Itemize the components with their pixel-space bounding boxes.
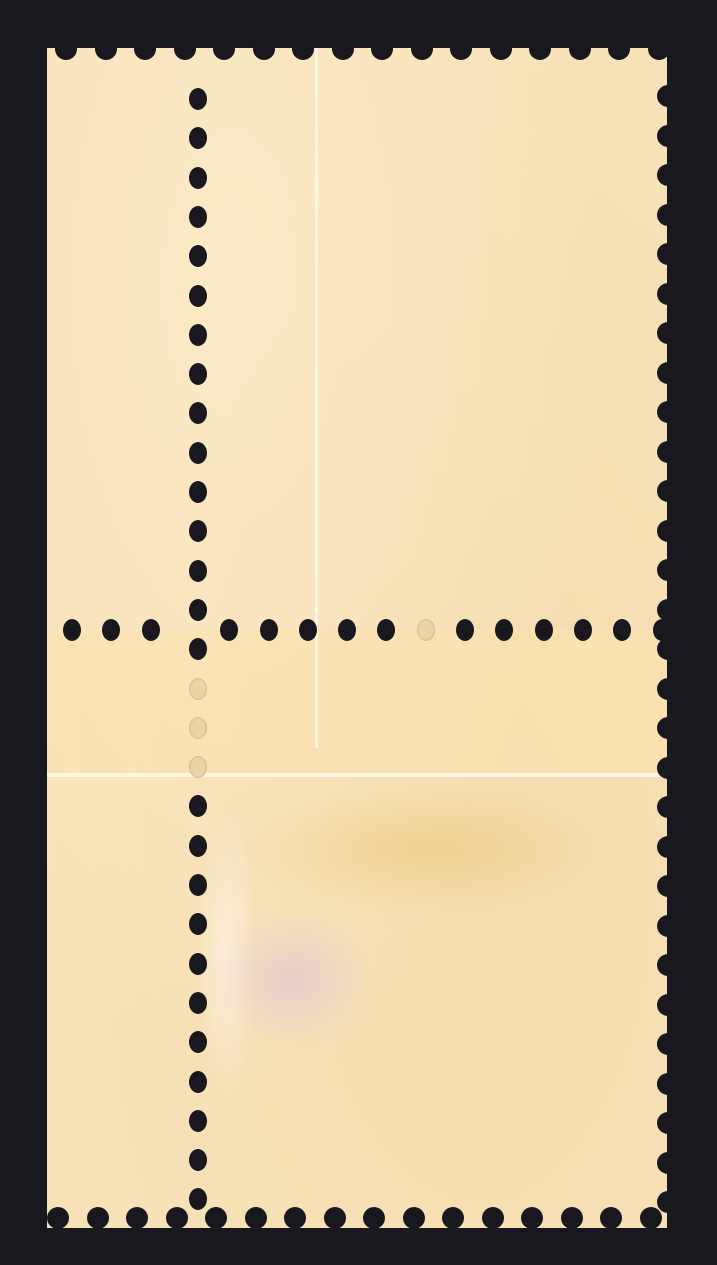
perforation-hole (189, 874, 207, 896)
perforation-edge-right (657, 875, 679, 897)
perforation-edge-bottom (482, 1207, 504, 1229)
perforation-edge-right (657, 362, 679, 384)
perforation-hole (535, 619, 553, 641)
perforation-hole (189, 835, 207, 857)
perforation-edge-bottom (126, 1207, 148, 1229)
perforation-edge-right (657, 1033, 679, 1055)
perforation-edge-top (134, 38, 156, 60)
perforation-hole (189, 481, 207, 503)
perforation-hole (189, 1110, 207, 1132)
perforation-edge-right (657, 322, 679, 344)
perforation-edge-top (411, 38, 433, 60)
perforation-hole (189, 953, 207, 975)
perforation-hole (189, 206, 207, 228)
perforation-edge-bottom (284, 1207, 306, 1229)
perforation-edge-right (657, 638, 679, 660)
perforation-edge-bottom (324, 1207, 346, 1229)
perforation-edge-top (292, 38, 314, 60)
toning-stain (237, 783, 617, 913)
perforation-edge-bottom (442, 1207, 464, 1229)
perforation-edge-bottom (363, 1207, 385, 1229)
perforation-edge-bottom (403, 1207, 425, 1229)
perforation-edge-top (174, 38, 196, 60)
perforation-edge-right (657, 1152, 679, 1174)
horizontal-crease (47, 773, 667, 777)
perforation-hole (417, 619, 435, 641)
perforation-edge-top (55, 38, 77, 60)
perforation-hole (189, 324, 207, 346)
perforation-edge-top (529, 38, 551, 60)
perforation-edge-top (608, 38, 630, 60)
perforation-hole (189, 1071, 207, 1093)
perforation-edge-right (657, 164, 679, 186)
perforation-edge-bottom (166, 1207, 188, 1229)
perforation-edge-right (657, 1191, 679, 1213)
perforation-edge-top (450, 38, 472, 60)
perforation-hole (189, 442, 207, 464)
perforation-edge-top (569, 38, 591, 60)
perforation-edge-right (657, 85, 679, 107)
perforation-edge-right (657, 994, 679, 1016)
perforation-edge-right (657, 401, 679, 423)
photo-background (0, 0, 717, 1265)
perforation-hole (189, 678, 207, 700)
perforation-hole (189, 88, 207, 110)
perforation-edge-top (253, 38, 275, 60)
perforation-hole (189, 599, 207, 621)
perforation-hole (653, 619, 671, 641)
perforation-edge-bottom (521, 1207, 543, 1229)
perforation-edge-top (95, 38, 117, 60)
stamp-block-paper (47, 48, 667, 1228)
perforation-hole (299, 619, 317, 641)
perforation-edge-top (371, 38, 393, 60)
perforation-edge-right (657, 796, 679, 818)
perforation-hole (189, 756, 207, 778)
perforation-edge-right (657, 283, 679, 305)
perforation-hole (189, 992, 207, 1014)
perforation-edge-bottom (600, 1207, 622, 1229)
perforation-hole (189, 285, 207, 307)
perforation-edge-bottom (47, 1207, 69, 1229)
perforation-edge-right (657, 204, 679, 226)
perforation-hole (63, 619, 81, 641)
perforation-edge-top (490, 38, 512, 60)
perforation-edge-right (657, 915, 679, 937)
perforation-hole (574, 619, 592, 641)
perforation-edge-bottom (640, 1207, 662, 1229)
perforation-edge-right (657, 441, 679, 463)
perforation-hole (338, 619, 356, 641)
perforation-hole (456, 619, 474, 641)
perforation-hole (189, 1149, 207, 1171)
hinge-stain (212, 908, 372, 1048)
perforation-edge-right (657, 520, 679, 542)
perforation-edge-right (657, 1112, 679, 1134)
perforation-edge-right (657, 717, 679, 739)
perforation-edge-bottom (205, 1207, 227, 1229)
perforation-hole (189, 167, 207, 189)
perforation-edge-right (657, 1073, 679, 1095)
vertical-crease (315, 48, 318, 748)
perforation-edge-right (657, 678, 679, 700)
perforation-edge-right (657, 480, 679, 502)
perforation-edge-bottom (245, 1207, 267, 1229)
perforation-hole (189, 560, 207, 582)
perforation-edge-right (657, 559, 679, 581)
perforation-edge-top (332, 38, 354, 60)
perforation-edge-top (648, 38, 670, 60)
perforation-edge-bottom (561, 1207, 583, 1229)
lower-margin-band (47, 630, 667, 775)
perforation-edge-right (657, 243, 679, 265)
perforation-edge-right (657, 757, 679, 779)
perforation-hole (142, 619, 160, 641)
perforation-hole (189, 363, 207, 385)
perforation-edge-right (657, 836, 679, 858)
perforation-hole (189, 717, 207, 739)
perforation-edge-top (213, 38, 235, 60)
perforation-hole (260, 619, 278, 641)
perforation-edge-right (657, 954, 679, 976)
perforation-edge-right (657, 125, 679, 147)
perforation-edge-bottom (87, 1207, 109, 1229)
perforation-edge-right (657, 599, 679, 621)
